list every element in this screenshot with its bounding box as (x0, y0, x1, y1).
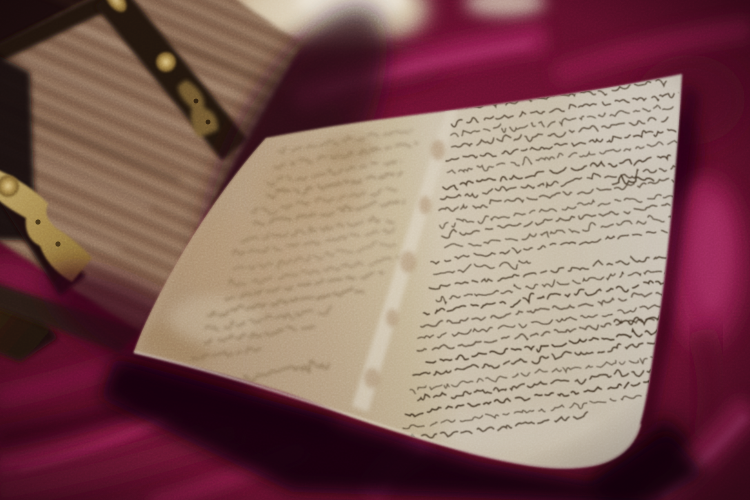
vignette (0, 0, 750, 500)
photograph-manuscript-on-velvet (0, 0, 750, 500)
photo-canvas (0, 0, 750, 500)
